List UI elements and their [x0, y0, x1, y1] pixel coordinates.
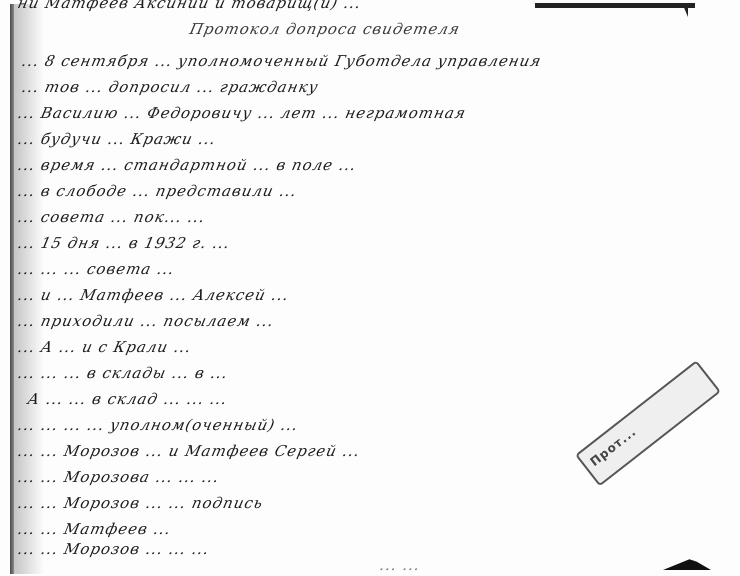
- line-14: ... А ... и с Крали ...: [16, 338, 193, 356]
- line-23: ... ...: [378, 556, 422, 574]
- document-title: Протокол допроса свидетеля: [188, 20, 462, 38]
- stamp-text: Прот...: [587, 424, 639, 469]
- line-5: ... Василию ... Федоровичу ... лет ... н…: [16, 104, 468, 122]
- line-20: ... ... Морозов ... ... подпись: [16, 494, 265, 512]
- line-16: А ... ... в склад ... ... ...: [26, 390, 229, 408]
- line-7: ... время ... стандартной ... в поле ...: [16, 156, 358, 174]
- line-1: ни Матфеев Аксинии и товарищ(и) ...: [16, 0, 363, 12]
- page-top-edge: [535, 3, 695, 8]
- line-9: ... совета ... пок... ...: [16, 208, 207, 226]
- page-top-edge-tick: [682, 3, 688, 17]
- line-8: ... в слободе ... представили ...: [16, 182, 299, 200]
- line-18: ... ... Морозов ... и Матфеев Сергей ...: [16, 442, 362, 460]
- line-6: ... будучи ... Кражи ...: [16, 130, 218, 148]
- line-13: ... приходили ... посылаем ...: [16, 312, 276, 330]
- line-15: ... ... ... в склады ... в ...: [16, 364, 230, 382]
- line-10: ... 15 дня ... в 1932 г. ...: [16, 234, 232, 252]
- line-11: ... ... ... совета ...: [16, 260, 176, 278]
- line-3: ... 8 сентября ... уполномоченный Губотд…: [20, 52, 543, 70]
- line-22: ... ... Морозов ... ... ...: [16, 540, 211, 558]
- line-19: ... ... Морозова ... ... ...: [16, 468, 221, 486]
- page-bottom-mark: [663, 558, 711, 570]
- line-12: ... и ... Матфеев ... Алексей ...: [16, 286, 291, 304]
- document-page: ни Матфеев Аксинии и товарищ(и) ... Прот…: [0, 0, 740, 576]
- line-4: ... тов ... допросил ... гражданку: [20, 78, 320, 96]
- stamp: Прот...: [575, 360, 721, 486]
- line-21: ... ... Матфеев ...: [16, 520, 173, 538]
- line-17: ... ... ... ... уполном(оченный) ...: [16, 416, 300, 434]
